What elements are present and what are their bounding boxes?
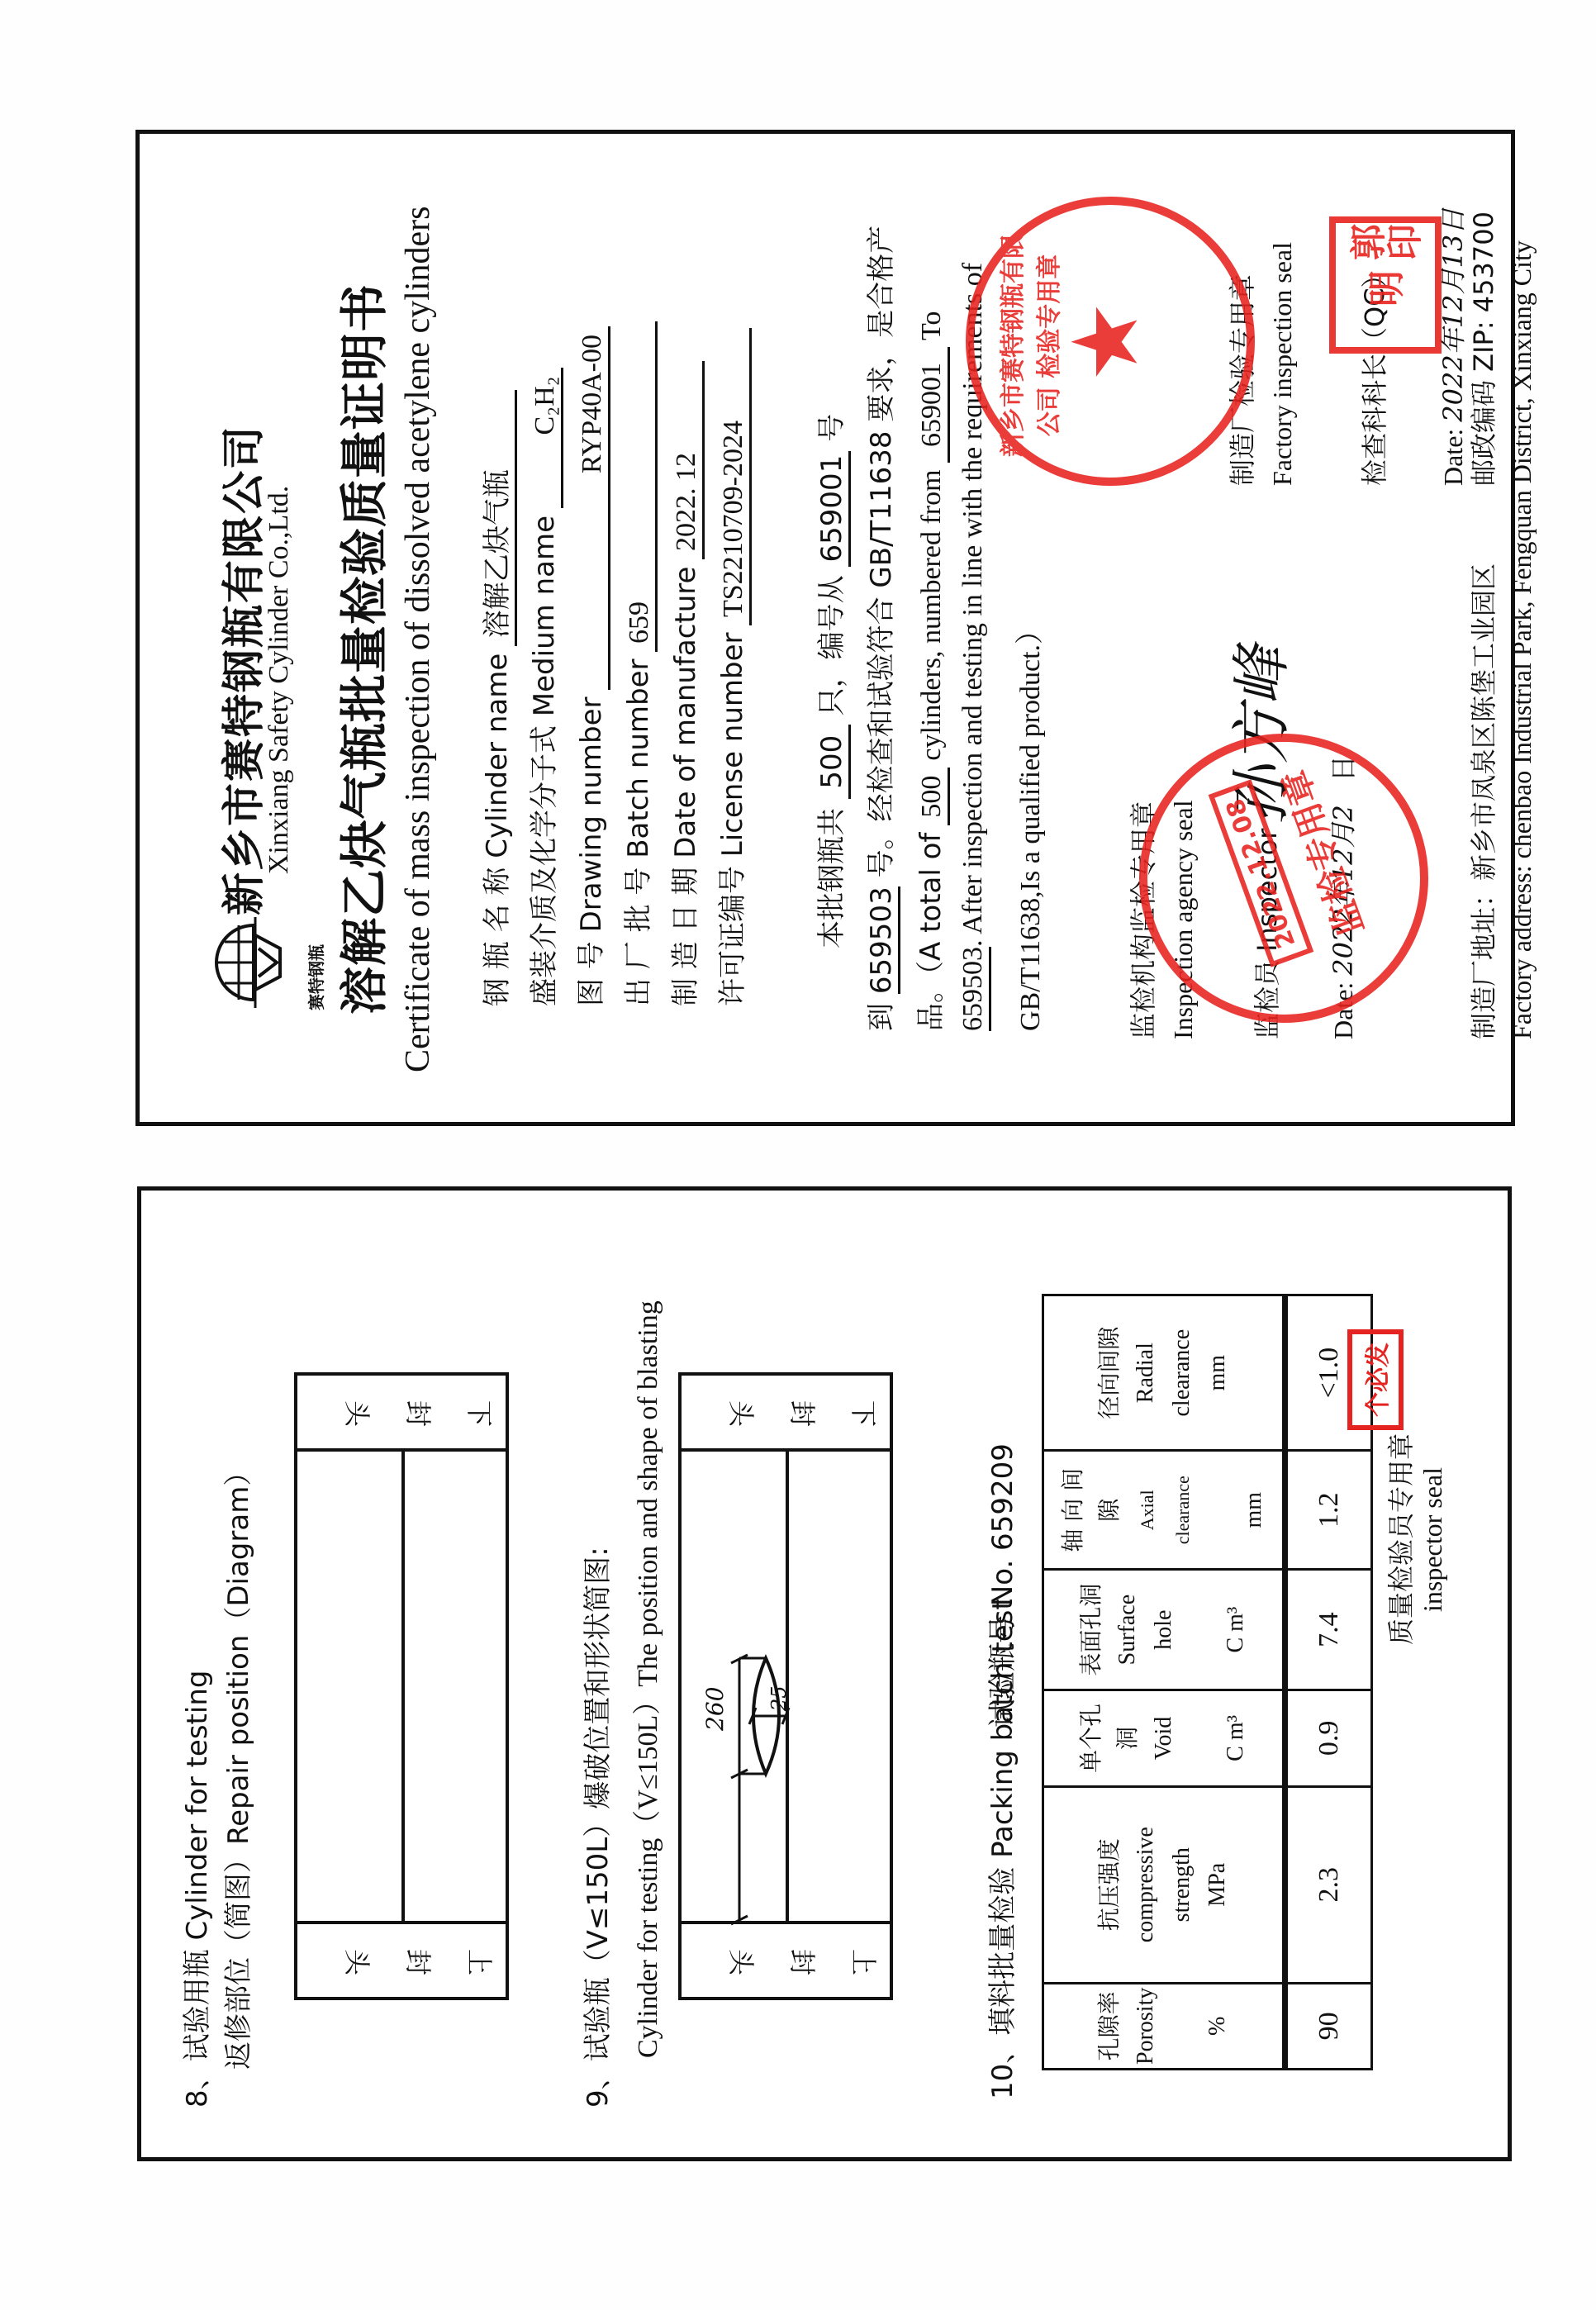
statement-line-2: 到 659503 号。经检查和试验符合 GB/T11638 要求，是合格产 [858,226,900,1031]
section9-subtitle: Cylinder for testing（V≤150L）The position… [625,1300,665,2058]
star-icon: ★ [1052,301,1159,383]
section9-title: 9、试验瓶（V≤150L）爆破位置和形状简图: [575,1547,615,2108]
inspector-red-stamp: 个必发 [1347,1329,1404,1430]
test-bottle-number: 试验瓶号 No. 659209 [980,1443,1020,1728]
statement-line-1: 本批钢瓶共 500 只，编号从 659001 号 [809,414,851,948]
axial-clearance-value: 1.2 [1285,1451,1372,1570]
test-results-page: 8、试验用瓶 Cylinder for testing 返修部位（简图）Repa… [137,1186,1512,2161]
field-license-number: 许可证编号 License number TS2210709-2024 [710,328,752,1006]
center-line [401,1452,405,1921]
compressive-strength-value: 2.3 [1285,1786,1372,1983]
company-name-en: Xinxiang Safety Cylinder Co.,Ltd. [264,486,295,874]
factory-seal-label-en: Factory inspection seal [1267,242,1298,486]
col-void: 单个孔洞VoidC m³ [1043,1690,1285,1787]
inspection-agency-seal: 2022.12.08 监检专用章 [1139,734,1428,1023]
surface-hole-value: 7.4 [1285,1570,1372,1690]
section8-subtitle: 返修部位（简图）Repair position（Diagram） [216,1458,256,2070]
field-date-of-manufacture: 制 造 日 期 Date of manufacture 2022. 12 [663,361,705,1006]
width-dimension: 25 [767,1685,791,1711]
field-medium-name: 盛装介质及化学分子式 Medium name C₂H₂ [521,368,563,1007]
porosity-value: 90 [1285,1983,1372,2069]
company-logo-icon [204,917,303,1008]
factory-inspection-seal: ★ 新乡市赛特钢瓶有限公司 检验专用章 [966,197,1255,486]
upper-head-label: 上封头 [682,1921,890,1997]
col-porosity: 孔隙率Porosity% [1043,1983,1285,2069]
field-drawing-number: 图 号 Drawing number RYP40A-00 [568,326,610,1006]
inspector-seal-label-cn: 质量检验员专用章 [1380,1433,1418,1645]
company-name-cn: 新乡市赛特钢瓶有限公司 [209,425,271,915]
void-value: 0.9 [1285,1690,1372,1787]
col-radial-clearance: 径向间隙Radial clearancemm [1043,1295,1285,1451]
upper-head-label: 上封头 [297,1921,506,1997]
zip-code: 邮政编码 ZIP: 453700 [1463,212,1501,486]
col-axial-clearance: 轴 向 间 隙Axial clearancemm [1043,1451,1285,1570]
inspector-seal-label-en: inspector seal [1418,1467,1448,1612]
qc-name-seal: 郭印明 [1329,216,1442,354]
col-surface-hole: 表面孔洞Surface holeC m³ [1043,1570,1285,1690]
certificate-title-cn: 溶解乙炔气瓶批量检验质量证明书 [325,283,395,1015]
certificate-page: 赛特钢瓶 新乡市赛特钢瓶有限公司 Xinxiang Safety Cylinde… [135,130,1515,1126]
col-compressive-strength: 抗压强度compressive strengthMPa [1043,1786,1285,1983]
blast-shape-drawing [682,1445,890,1921]
section8-title: 8、试验用瓶 Cylinder for testing [174,1671,215,2108]
statement-line-5: GB/T11638,Is a qualified product.） [1007,616,1047,1031]
statement-line-3: 品。（A total of 500 cylinders, numbered fr… [908,311,950,1031]
factory-address-en: Factory address: chenbao Industrial Park… [1507,240,1537,1039]
repair-position-diagram: 上封头 下封头 [294,1372,509,2000]
table-header-row: 孔隙率Porosity% 抗压强度compressive strengthMPa… [1043,1295,1285,2070]
lower-head-label: 下封头 [682,1376,890,1452]
lower-head-label: 下封头 [297,1376,506,1452]
factory-address-cn: 制造厂地址：新乡市凤泉区陈堡工业园区 [1463,563,1501,1039]
certificate-title-en: Certificate of mass inspection of dissol… [398,206,438,1072]
logo-caption: 赛特钢瓶 [303,944,327,1010]
blasting-position-diagram: 上封头 下封头 260 25 [678,1372,893,2000]
field-cylinder-name: 钢 瓶 名 称 Cylinder name 溶解乙炔气瓶 [474,390,517,1006]
rotated-document: 8、试验用瓶 Cylinder for testing 返修部位（简图）Repa… [0,0,1596,2310]
length-dimension: 260 [701,1687,729,1731]
packing-batch-table: 孔隙率Porosity% 抗压强度compressive strengthMPa… [1042,1294,1373,2070]
field-batch-number: 出 厂 批 号 Batch number 659 [615,321,658,1006]
